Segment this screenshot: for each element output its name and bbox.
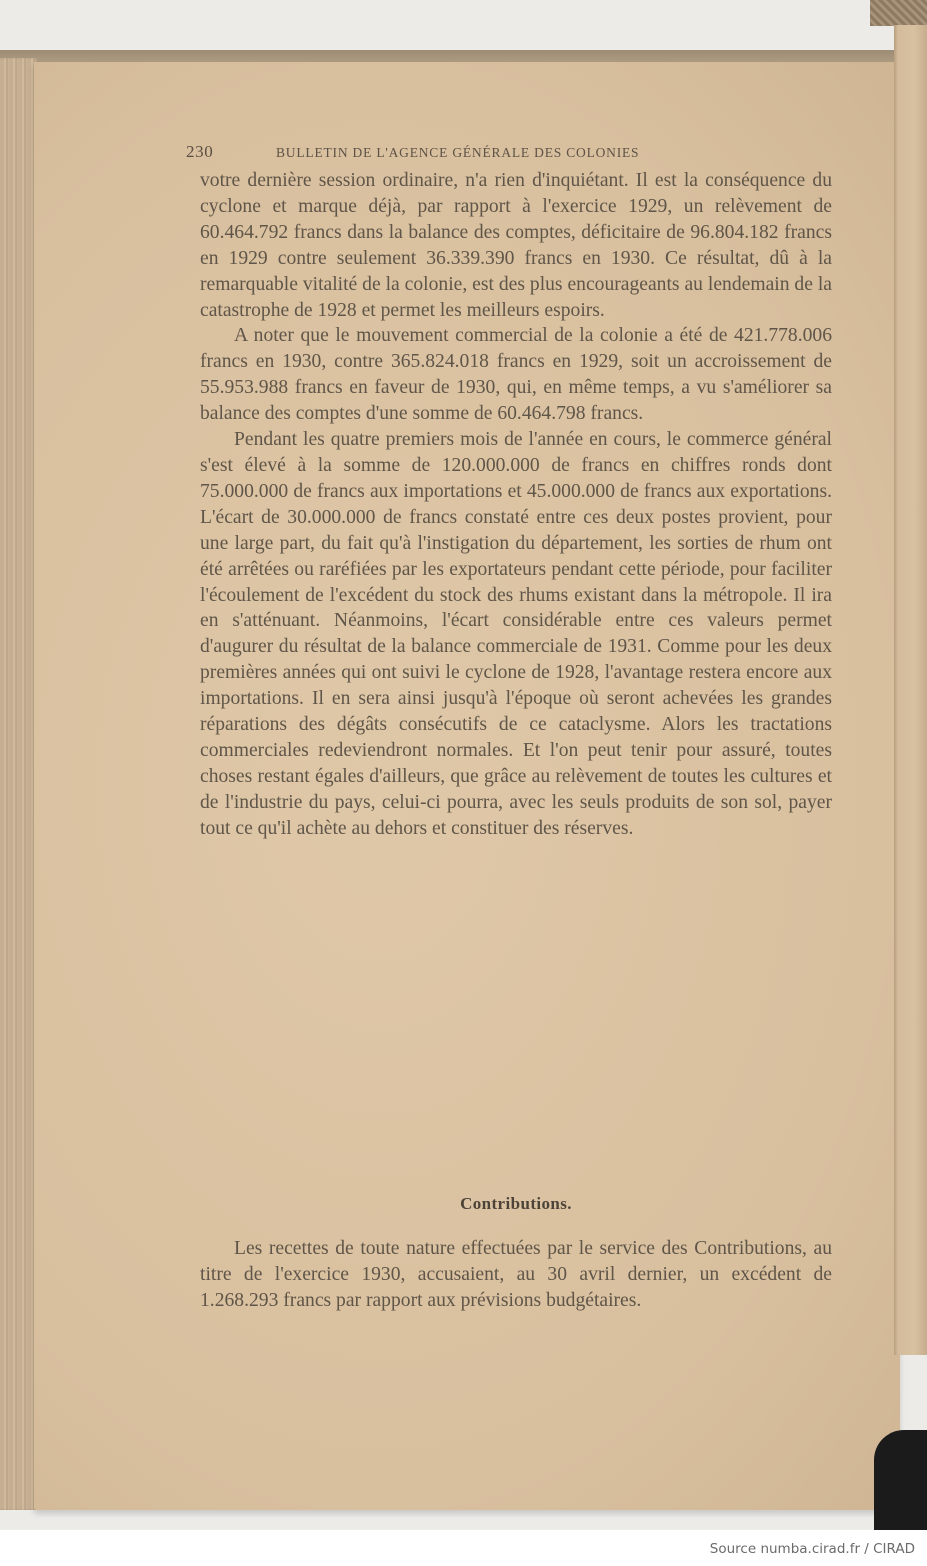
paragraph: Pendant les quatre premiers mois de l'an…: [200, 427, 832, 842]
section-body-text: Les recettes de toute nature effectuées …: [200, 1236, 832, 1314]
running-title: BULLETIN DE L'AGENCE GÉNÉRALE DES COLONI…: [276, 145, 639, 161]
source-credit: Source numba.cirad.fr / CIRAD: [710, 1541, 915, 1557]
book-binding-shadow: [874, 1430, 927, 1530]
book-cover-cloth: [870, 0, 927, 26]
running-header: 230 BULLETIN DE L'AGENCE GÉNÉRALE DES CO…: [186, 142, 846, 162]
paragraph: votre dernière session ordinaire, n'a ri…: [200, 168, 832, 323]
paragraph: Les recettes de toute nature effectuées …: [200, 1236, 832, 1314]
book-gutter: [894, 25, 927, 1355]
section-heading: Contributions.: [200, 1194, 832, 1214]
paragraph: A noter que le mouvement commercial de l…: [200, 323, 832, 427]
page-number: 230: [186, 142, 276, 162]
page-stack-edge: [0, 58, 38, 1510]
body-text: votre dernière session ordinaire, n'a ri…: [200, 168, 832, 842]
